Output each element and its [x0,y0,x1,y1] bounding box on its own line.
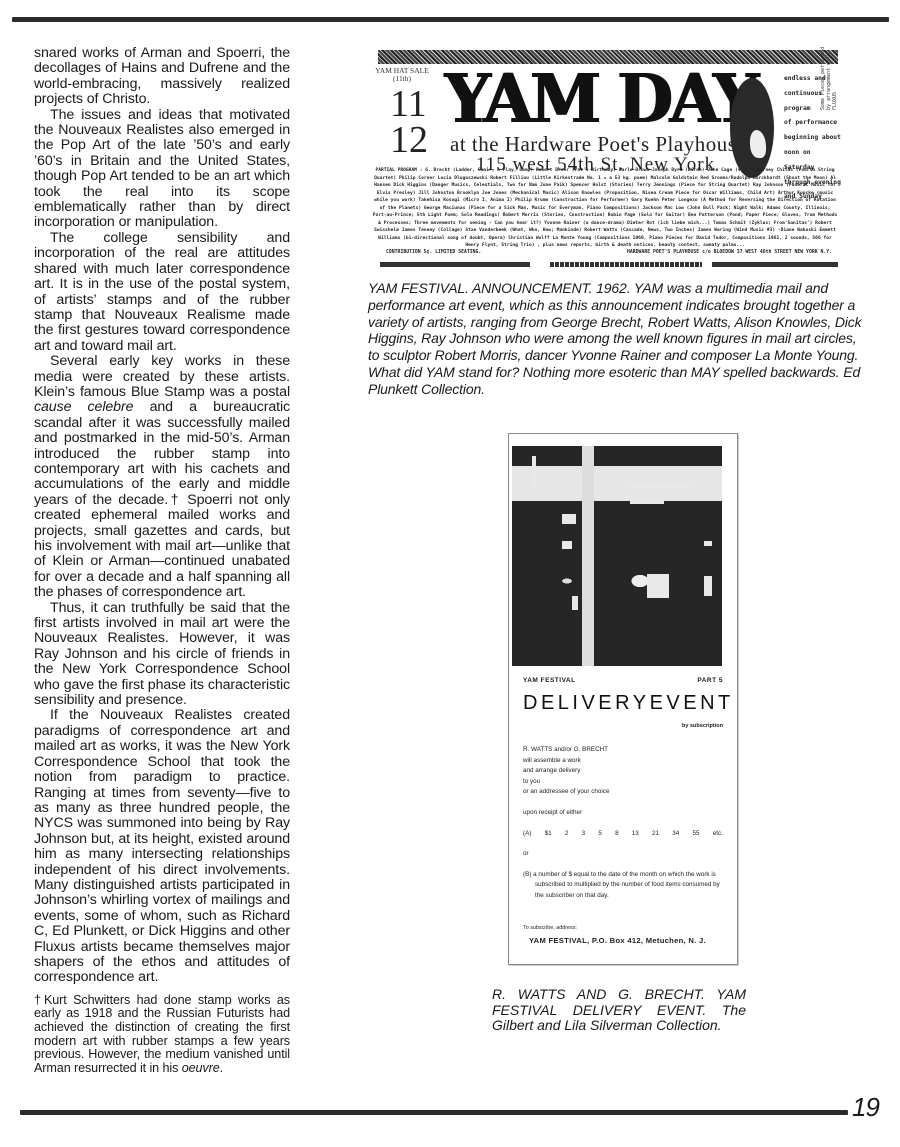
photo-detail [704,541,712,546]
photo-detail [704,576,712,596]
text: and a bureaucratic scandal after it was … [34,399,290,600]
paragraph: Thus, it can truthfully be said that the… [34,601,290,709]
photo-detail [630,484,690,488]
card-or: or [523,849,723,860]
card-title: DELIVERY EVENT [523,692,723,715]
photo-detail [532,456,536,486]
card-line: R. WATTS and/or G. BRECHT [523,745,723,756]
sequence-value: 21 [652,829,659,840]
photo-detail [562,514,576,524]
poster-program: PARTIAL PROGRAM : G. Brecht (Ladder, Cha… [372,167,838,250]
card-line: or an addressee of your choice [523,787,723,798]
text: Several early key works in these media w… [34,353,290,400]
yam-day-poster: YAM HAT SALE (11th) 11 12 YAM DAY at the… [372,50,842,272]
sequence-value: 5 [598,829,602,840]
paragraph: The college sensibility and incorporatio… [34,231,290,354]
poster-date: 12 [390,122,428,158]
caption-yam-festival: YAM FESTIVAL. ANNOUNCEMENT. 1962. YAM wa… [368,280,871,398]
paragraph-klein: Several early key works in these media w… [34,354,290,601]
card-upon: upon receipt of either [523,808,723,819]
card-subtitle: by subscription [682,723,723,729]
sequence-value: $1 [545,829,552,840]
sequence-value: 2 [565,829,569,840]
paragraph: snared works of Arman and Spoerri, the d… [34,46,290,108]
card-line: and arrange delivery [523,766,723,777]
card-address-label: To subscribe, address: [523,925,577,931]
sequence-value: 3 [582,829,586,840]
card-body: R. WATTS and/or G. BRECHT will assemble … [523,745,723,901]
figure-silhouette [750,130,766,158]
italic-term: cause celebre [34,399,133,415]
sequence-value: 8 [615,829,619,840]
photo-detail [630,501,664,504]
page-number: 19 [852,1092,879,1123]
sequence-value: 13 [632,829,639,840]
poster-dates: 11 12 [390,86,428,158]
poster-hat-sale: YAM HAT SALE (11th) [372,67,432,83]
card-line: will assemble a work [523,756,723,767]
option-a-label: (A) [523,829,531,840]
text: . [220,1061,223,1075]
bottom-rule [20,1110,848,1115]
body-text-column: snared works of Arman and Spoerri, the d… [34,46,290,1075]
schedule-line: of performance [784,116,844,131]
footnote: †Kurt Schwitters had done stamp works as… [34,994,290,1076]
delivery-event-card: YAM FESTIVAL PART 5 DELIVERY EVENT by su… [508,433,738,965]
photo-detail [562,541,572,549]
poster-vertical-note: Some Pieces performed by arrangement wit… [820,38,838,110]
card-header-left: YAM FESTIVAL [523,677,576,684]
card-line: to you [523,777,723,788]
sequence-value: etc. [713,829,723,840]
photo-detail [572,596,578,610]
card-title-word: EVENT [650,692,734,715]
sequence-value: 55 [693,829,700,840]
caption-delivery-event: R. WATTS AND G. BRECHT. YAM FESTIVAL DEL… [492,987,746,1034]
photo-detail [647,574,669,598]
poster-title: YAM DAY [444,63,755,137]
schedule-line: beginning about [784,131,844,146]
poster-contribution: CONTRIBUTION 5¢. LIMITED SEATING. [386,250,481,255]
card-photo [512,446,722,666]
paragraph: If the Nouveaux Realistes created paradi… [34,708,290,985]
poster-bottom-bar-dashed [550,262,702,267]
sequence-value: 34 [672,829,679,840]
text: †Kurt Schwitters had done stamp works as… [34,993,290,1075]
poster-date: 11 [390,86,428,122]
italic-term: oeuvre [182,1061,220,1075]
option-b-text: (B) a number of $ equal to the date of t… [523,870,723,901]
paragraph: The issues and ideas that motivated the … [34,108,290,231]
poster-bottom-bar [380,262,530,267]
poster-playhouse-address: HARDWARE POET'S PLAYHOUSE c/o BLOEDOW 37… [627,250,832,255]
option-a-sequence: (A) $1 2 3 5 8 13 21 34 55 etc. [523,829,723,840]
card-title-word: DELIVERY [523,692,650,715]
top-rule [12,17,889,22]
card-header-right: PART 5 [697,677,723,684]
card-address: YAM FESTIVAL, P.O. Box 412, Metuchen, N.… [529,936,706,945]
poster-bottom-bar [712,262,838,267]
oval-figure-image [730,78,774,178]
